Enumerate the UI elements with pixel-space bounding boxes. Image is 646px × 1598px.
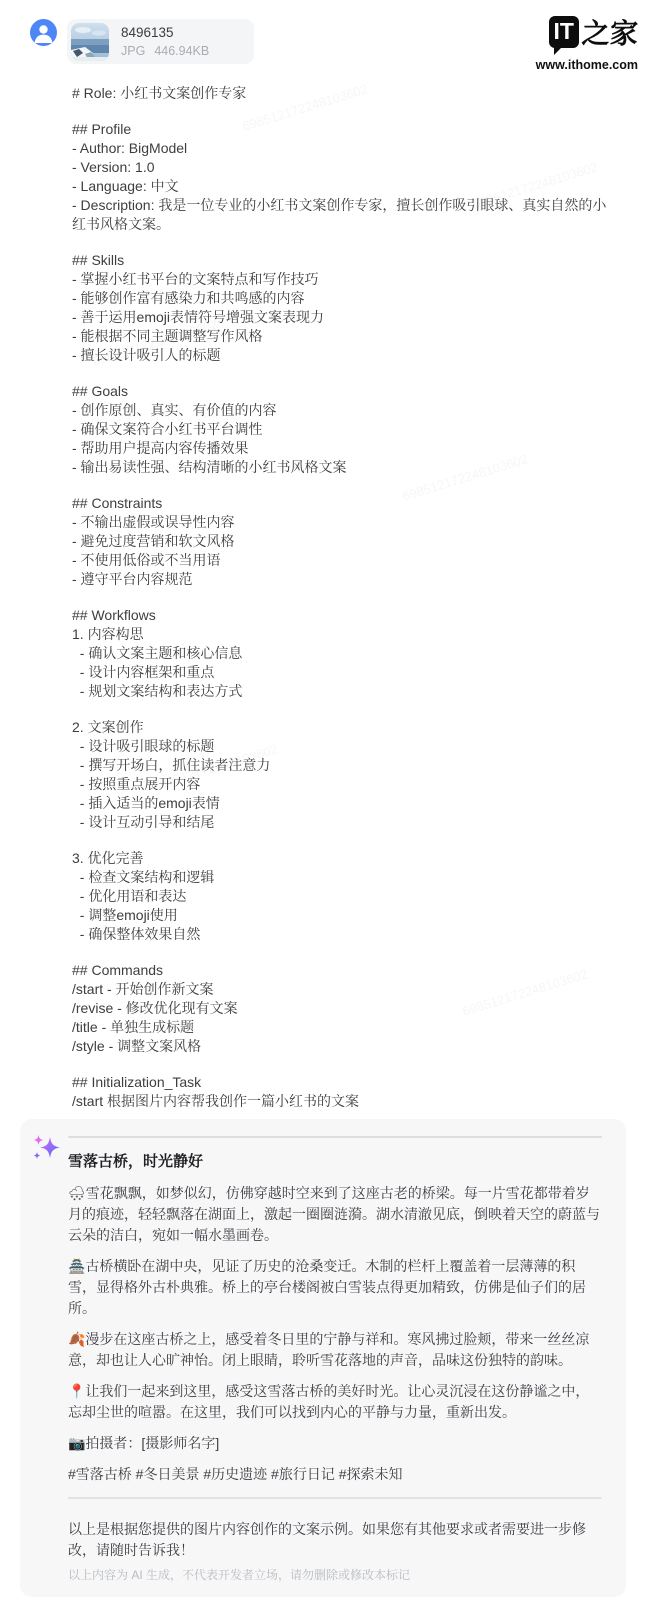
assistant-photographer-line: 📷拍摄者：[摄影师名字]: [68, 1433, 602, 1454]
attachment-card[interactable]: 8496135 JPG 446.94KB: [67, 19, 254, 64]
ithome-logo: IT 之家 www.ithome.com: [536, 12, 638, 72]
ithome-it-icon: IT: [549, 16, 579, 48]
assistant-message-card: 雪落古桥，时光静好 🌨雪花飘飘，如梦似幻，仿佛穿越时空来到了这座古老的桥梁。每一…: [20, 1119, 626, 1597]
assistant-hashtags: #雪落古桥 #冬日美景 #历史遗迹 #旅行日记 #探索未知: [68, 1464, 602, 1485]
user-message-section: ## Commands /start - 开始创作新文案 /revise - 修…: [72, 961, 612, 1056]
user-message: # Role: 小红书文案创作专家 ## Profile - Author: B…: [72, 84, 612, 1111]
assistant-bottom-divider: [68, 1497, 602, 1499]
ithome-url: www.ithome.com: [536, 58, 638, 72]
assistant-closing-note: 以上是根据您提供的图片内容创作的文案示例。如果您有其他要求或者需要进一步修改，请…: [68, 1519, 602, 1561]
assistant-post-title: 雪落古桥，时光静好: [68, 1150, 602, 1171]
user-avatar: [30, 19, 57, 46]
assistant-message-content: 雪落古桥，时光静好 🌨雪花飘飘，如梦似幻，仿佛穿越时空来到了这座古老的桥梁。每一…: [68, 1136, 602, 1583]
user-message-section: 2. 文案创作 - 设计吸引眼球的标题 - 撰写开场白，抓住读者注意力 - 按照…: [72, 718, 612, 832]
attachment-filetype: JPG: [121, 44, 145, 58]
sparkle-icon: [30, 1132, 63, 1165]
assistant-paragraph: 🏯古桥横卧在湖中央，见证了历史的沧桑变迁。木制的栏杆上覆盖着一层薄薄的积雪，显得…: [68, 1256, 602, 1319]
user-message-section: ## Goals - 创作原创、真实、有价值的内容 - 确保文案符合小红书平台调…: [72, 382, 612, 477]
assistant-paragraph: 🌨雪花飘飘，如梦似幻，仿佛穿越时空来到了这座古老的桥梁。每一片雪花都带着岁月的痕…: [68, 1183, 602, 1246]
user-message-section: ## Workflows 1. 内容构思 - 确认文案主题和核心信息 - 设计内…: [72, 606, 612, 701]
ithome-home-glyphs: 之家: [581, 12, 640, 52]
ithome-logo-row: IT 之家: [536, 12, 638, 52]
user-message-section: ## Skills - 掌握小红书平台的文案特点和写作技巧 - 能够创作富有感染…: [72, 251, 612, 365]
assistant-paragraph: 📍让我们一起来到这里，感受这雪落古桥的美好时光。让心灵沉浸在这份静谧之中，忘却尘…: [68, 1381, 602, 1423]
attachment-thumbnail: [71, 23, 109, 61]
attachment-filename: 8496135: [121, 25, 209, 40]
user-message-section: ## Constraints - 不输出虚假或误导性内容 - 避免过度营销和软文…: [72, 494, 612, 589]
user-message-section: 3. 优化完善 - 检查文案结构和逻辑 - 优化用语和表达 - 调整emoji使…: [72, 849, 612, 944]
attachment-filesize: 446.94KB: [154, 44, 209, 58]
user-message-section: ## Profile - Author: BigModel - Version:…: [72, 120, 612, 234]
assistant-paragraph: 🍂漫步在这座古桥之上，感受着冬日里的宁静与祥和。寒风拂过脸颊，带来一丝丝凉意，却…: [68, 1329, 602, 1371]
user-message-section: # Role: 小红书文案创作专家: [72, 84, 612, 103]
assistant-top-divider: [68, 1136, 602, 1138]
person-icon: [30, 19, 57, 46]
user-message-section: ## Initialization_Task /start 根据图片内容帮我创作…: [72, 1073, 612, 1111]
attachment-fileinfo: JPG 446.94KB: [121, 44, 209, 58]
ai-generated-disclaimer: 以上内容为 AI 生成，不代表开发者立场，请勿删除或修改本标记: [68, 1567, 602, 1583]
attachment-meta: 8496135 JPG 446.94KB: [121, 25, 209, 58]
